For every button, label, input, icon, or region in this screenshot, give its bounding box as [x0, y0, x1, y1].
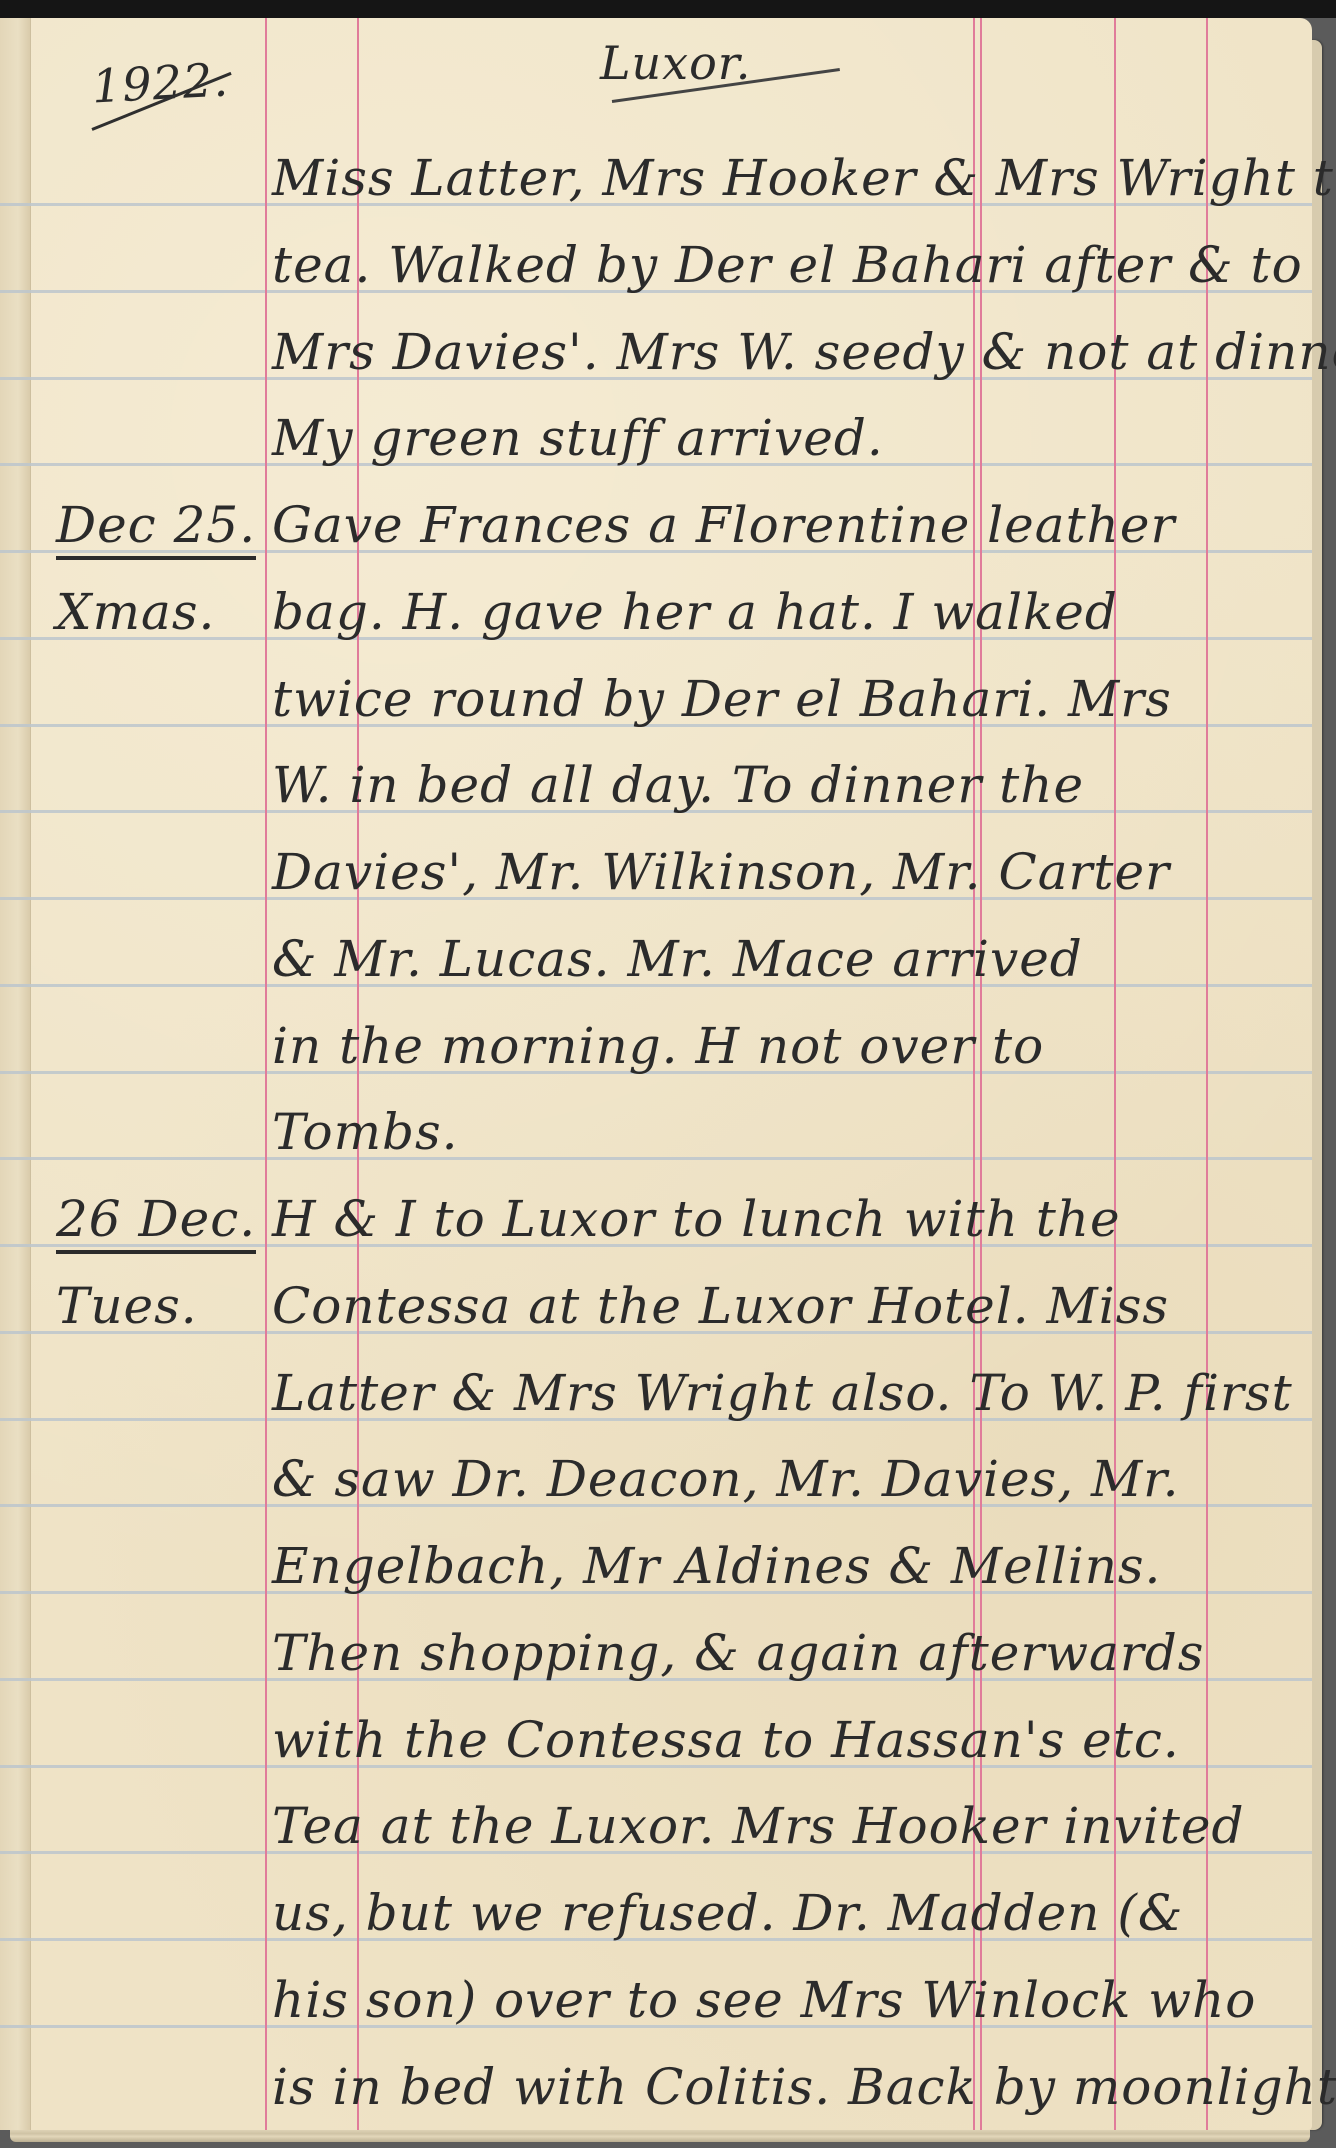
text-line: W. in bed all day. To dinner the	[272, 760, 1084, 810]
text-line: Tea at the Luxor. Mrs Hooker invited	[272, 1801, 1245, 1851]
text-line: & Mr. Lucas. Mr. Mace arrived	[272, 934, 1083, 984]
text-line: H & I to Luxor to lunch with the	[272, 1194, 1121, 1244]
text-line: with the Contessa to Hassan's etc.	[272, 1715, 1180, 1765]
text-line: is in bed with Colitis. Back by moonligh…	[272, 2062, 1336, 2112]
text-line: in the morning. H not over to	[272, 1021, 1044, 1071]
diary-place-heading: Luxor.	[600, 40, 751, 86]
text-line: Tombs.	[272, 1107, 459, 1157]
text-line: Then shopping, & again afterwards	[272, 1628, 1204, 1678]
text-line: us, but we refused. Dr. Madden (&	[272, 1888, 1183, 1938]
text-line: & saw Dr. Deacon, Mr. Davies, Mr.	[272, 1454, 1180, 1504]
text-line: Miss Latter, Mrs Hooker & Mrs Wright to	[272, 153, 1336, 203]
text-line: bag. H. gave her a hat. I walked	[272, 587, 1118, 637]
text-line: Engelbach, Mr Aldines & Mellins.	[272, 1541, 1161, 1591]
scan-top-edge	[0, 0, 1336, 18]
text-line: Latter & Mrs Wright also. To W. P. first	[272, 1368, 1293, 1418]
text-line: My green stuff arrived.	[272, 413, 884, 463]
text-line: Davies', Mr. Wilkinson, Mr. Carter	[272, 847, 1170, 897]
text-line: his son) over to see Mrs Winlock who	[272, 1975, 1256, 2025]
text-line: Gave Frances a Florentine leather	[272, 500, 1175, 550]
margin-date-dec-25: Dec 25.	[56, 500, 256, 560]
margin-note-xmas: Xmas.	[56, 587, 215, 637]
page-binding	[0, 18, 31, 2130]
margin-rule-left	[265, 18, 267, 2130]
margin-date-26-dec: 26 Dec.	[56, 1194, 256, 1254]
text-line: tea. Walked by Der el Bahari after & to	[272, 240, 1303, 290]
text-line: twice round by Der el Bahari. Mrs	[272, 674, 1172, 724]
margin-note-tues: Tues.	[56, 1281, 198, 1331]
text-line: Contessa at the Luxor Hotel. Miss	[272, 1281, 1169, 1331]
text-line: Mrs Davies'. Mrs W. seedy & not at dinne…	[272, 327, 1336, 377]
page-stack-edge	[10, 2128, 1310, 2142]
